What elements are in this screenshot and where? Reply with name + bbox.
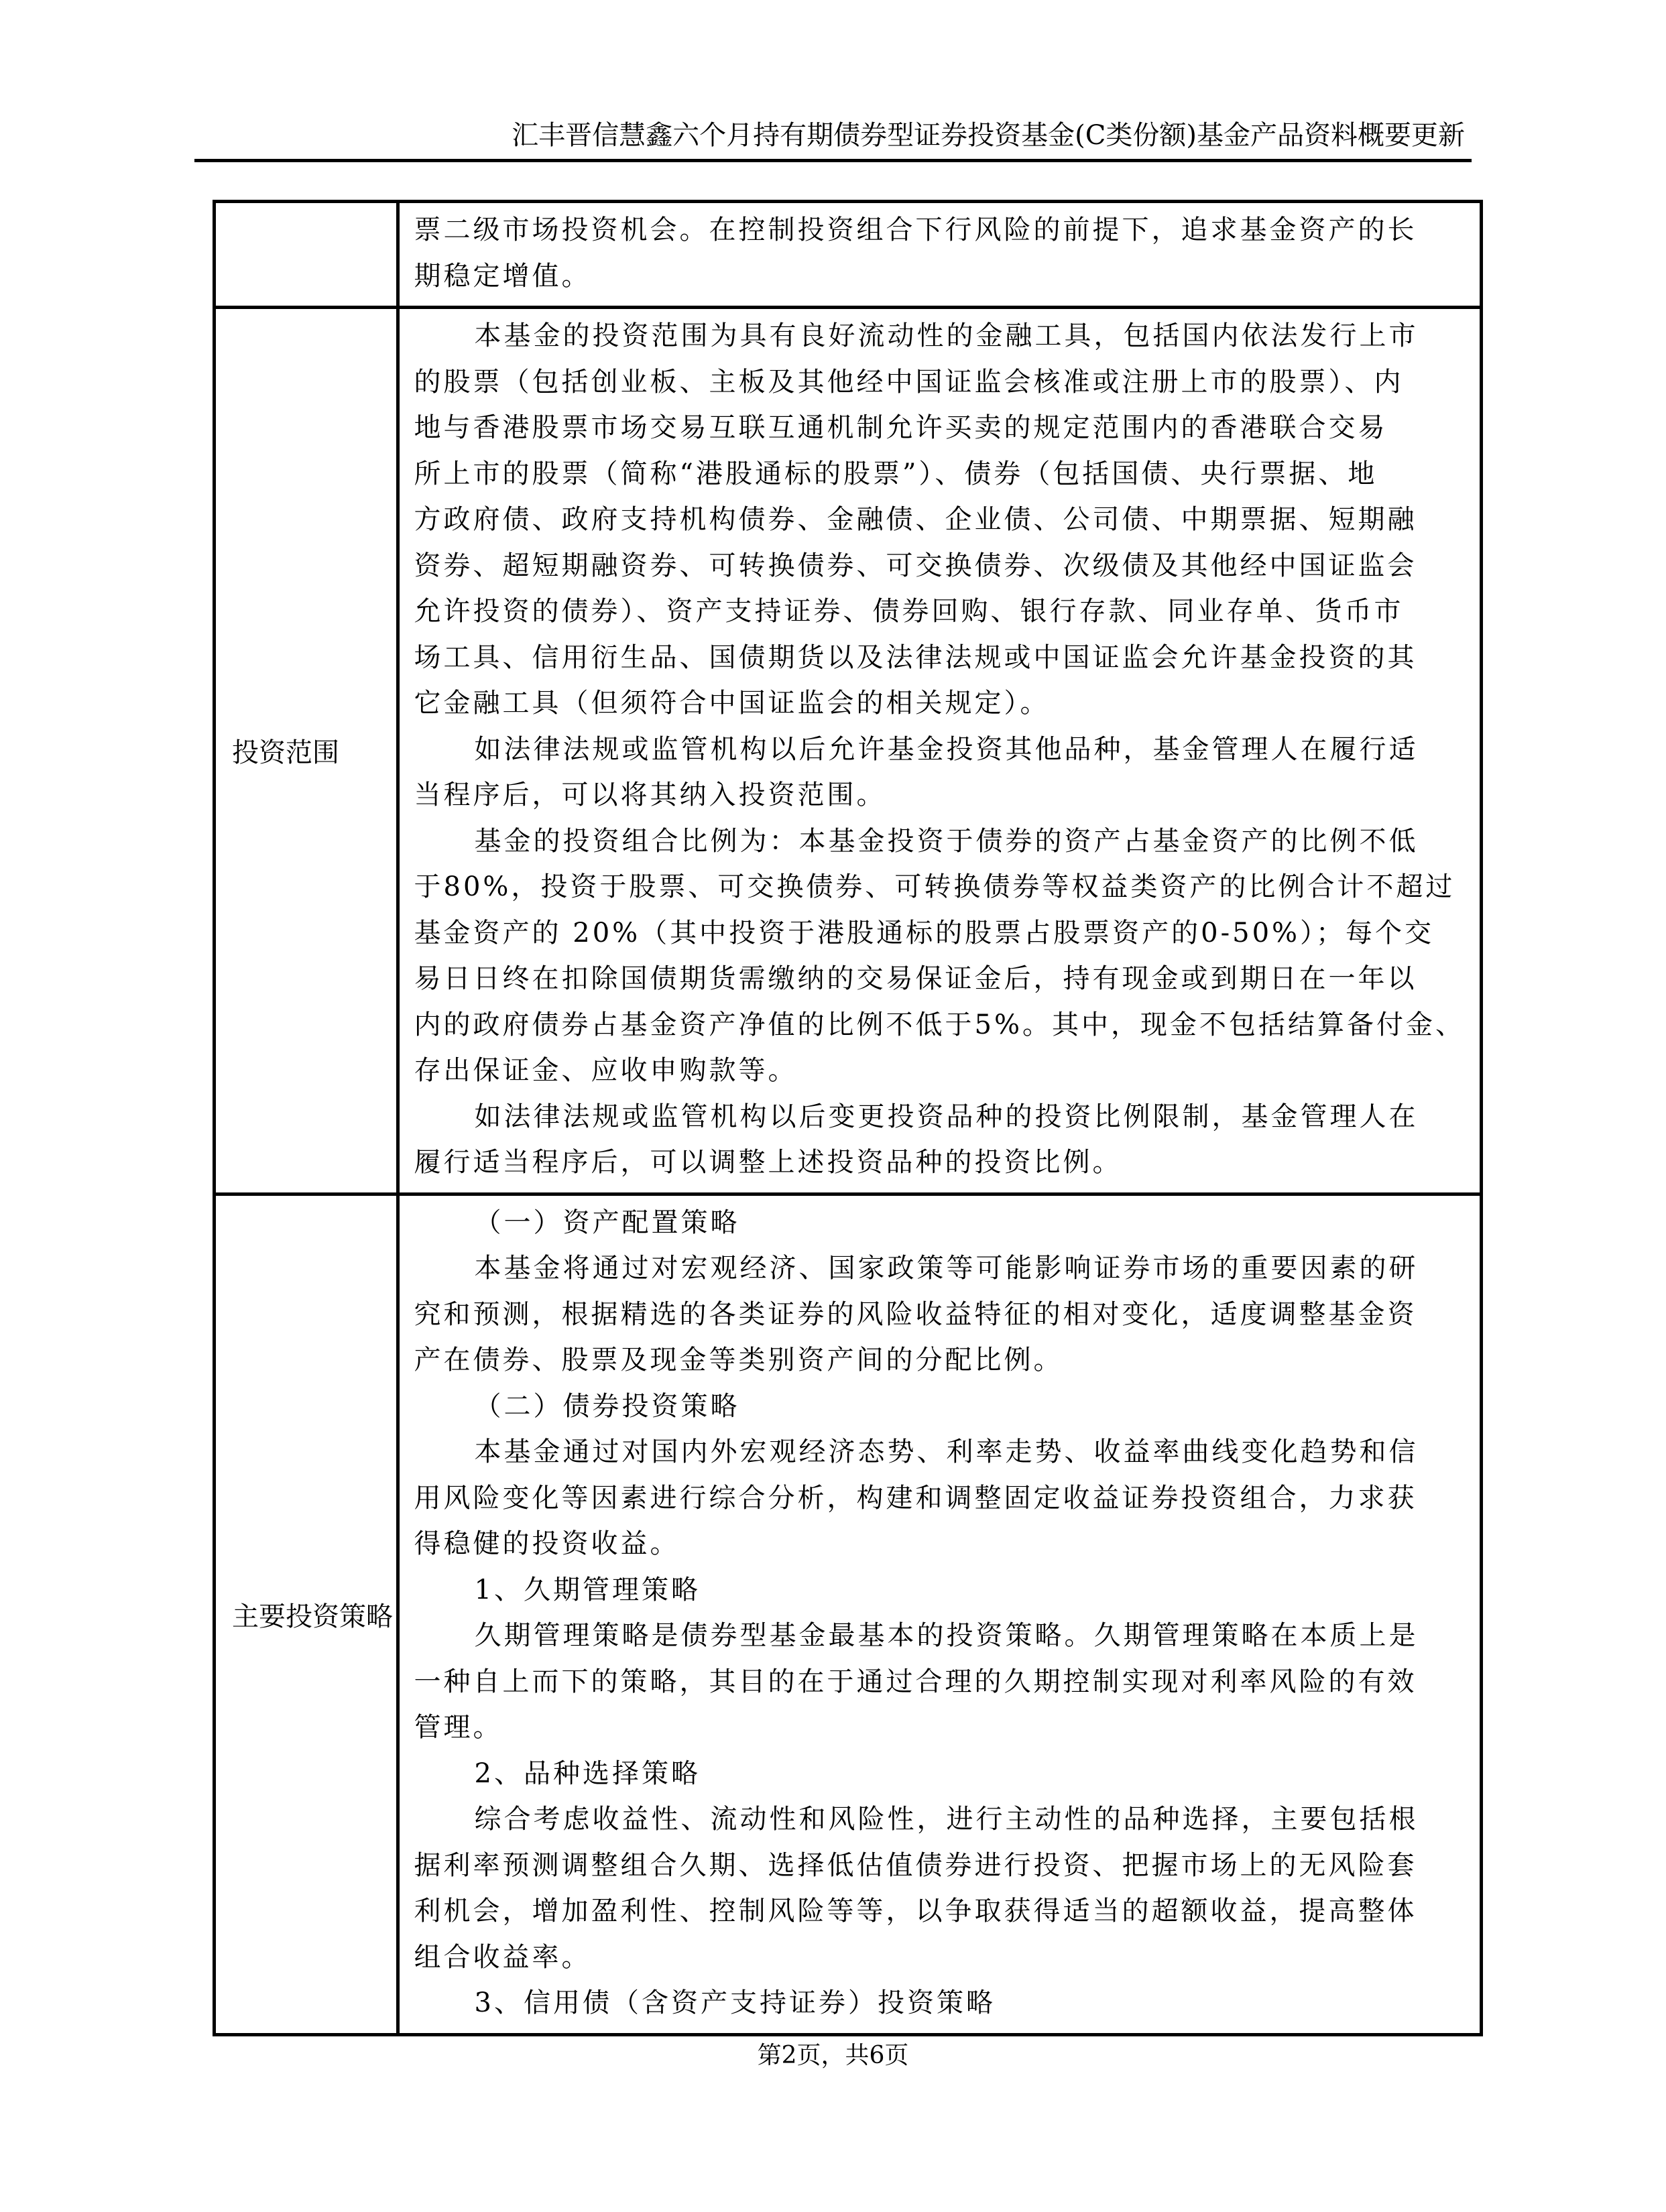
page-number: 第2页，共6页 bbox=[0, 2036, 1666, 2071]
text-line: 当程序后，可以将其纳入投资范围。 bbox=[414, 772, 1465, 818]
fund-info-table: 票二级市场投资机会。在控制投资组合下行风险的前提下，追求基金资产的长期稳定增值。… bbox=[213, 200, 1483, 2036]
text-line: 利机会，增加盈利性、控制风险等等，以争取获得适当的超额收益，提高整体 bbox=[414, 1888, 1465, 1934]
text-line: 内的政府债券占基金资产净值的比例不低于5%。其中，现金不包括结算备付金、 bbox=[414, 1002, 1465, 1048]
text-line: 基金的投资组合比例为：本基金投资于债券的资产占基金资产的比例不低 bbox=[414, 818, 1465, 865]
text-line: 易日日终在扣除国债期货需缴纳的交易保证金后，持有现金或到期日在一年以 bbox=[414, 956, 1465, 1002]
text-line: 用风险变化等因素进行综合分析，构建和调整固定收益证券投资组合，力求获 bbox=[414, 1475, 1465, 1522]
text-line: 如法律法规或监管机构以后允许基金投资其他品种，基金管理人在履行适 bbox=[414, 727, 1465, 773]
text-line: 产在债券、股票及现金等类别资产间的分配比例。 bbox=[414, 1337, 1465, 1384]
text-line: 究和预测，根据精选的各类证券的风险收益特征的相对变化，适度调整基金资 bbox=[414, 1292, 1465, 1338]
text-line: 票二级市场投资机会。在控制投资组合下行风险的前提下，追求基金资产的长 bbox=[414, 207, 1465, 253]
table-row-main-strategy: 主要投资策略 （一）资产配置策略本基金将通过对宏观经济、国家政策等可能影响证券市… bbox=[215, 1194, 1482, 2034]
text-line: 方政府债、政府支持机构债券、金融债、企业债、公司债、中期票据、短期融 bbox=[414, 497, 1465, 543]
table-row-investment-scope: 投资范围 本基金的投资范围为具有良好流动性的金融工具，包括国内依法发行上市的股票… bbox=[215, 308, 1482, 1194]
text-line: 本基金将通过对宏观经济、国家政策等可能影响证券市场的重要因素的研 bbox=[414, 1245, 1465, 1292]
text-line: 一种自上而下的策略，其目的在于通过合理的久期控制实现对利率风险的有效 bbox=[414, 1659, 1465, 1705]
text-line: 履行适当程序后，可以调整上述投资品种的投资比例。 bbox=[414, 1140, 1465, 1186]
table-row-objective-continued: 票二级市场投资机会。在控制投资组合下行风险的前提下，追求基金资产的长期稳定增值。 bbox=[215, 202, 1482, 308]
header-divider bbox=[194, 159, 1472, 162]
document-header-title: 汇丰晋信慧鑫六个月持有期债券型证券投资基金(C类份额)基金产品资料概要更新 bbox=[512, 114, 1465, 152]
row-label: 主要投资策略 bbox=[215, 1194, 398, 2034]
text-line: 如法律法规或监管机构以后变更投资品种的投资比例限制，基金管理人在 bbox=[414, 1094, 1465, 1140]
text-line: 得稳健的投资收益。 bbox=[414, 1521, 1465, 1567]
text-line: 所上市的股票（简称“港股通标的股票”）、债券（包括国债、央行票据、地 bbox=[414, 451, 1465, 497]
text-line: 于80%，投资于股票、可交换债券、可转换债券等权益类资产的比例合计不超过 bbox=[414, 864, 1465, 910]
text-line: 地与香港股票市场交易互联互通机制允许买卖的规定范围内的香港联合交易 bbox=[414, 405, 1465, 451]
text-line: 3、信用债（含资产支持证券）投资策略 bbox=[414, 1980, 1465, 2026]
text-line: 本基金的投资范围为具有良好流动性的金融工具，包括国内依法发行上市 bbox=[414, 313, 1465, 359]
text-line: 期稳定增值。 bbox=[414, 253, 1465, 300]
text-line: 资券、超短期融资券、可转换债券、可交换债券、次级债及其他经中国证监会 bbox=[414, 543, 1465, 589]
text-line: 允许投资的债券）、资产支持证券、债券回购、银行存款、同业存单、货币市 bbox=[414, 589, 1465, 635]
text-line: 管理。 bbox=[414, 1705, 1465, 1751]
row-label: 投资范围 bbox=[215, 308, 398, 1194]
text-line: 组合收益率。 bbox=[414, 1934, 1465, 1981]
text-line: 的股票（包括创业板、主板及其他经中国证监会核准或注册上市的股票）、内 bbox=[414, 359, 1465, 406]
text-line: 基金资产的 20%（其中投资于港股通标的股票占股票资产的0-50%）；每个交 bbox=[414, 910, 1465, 957]
row-content: 本基金的投资范围为具有良好流动性的金融工具，包括国内依法发行上市的股票（包括创业… bbox=[398, 308, 1481, 1194]
text-line: （一）资产配置策略 bbox=[414, 1200, 1465, 1246]
text-line: 久期管理策略是债券型基金最基本的投资策略。久期管理策略在本质上是 bbox=[414, 1613, 1465, 1659]
row-content: （一）资产配置策略本基金将通过对宏观经济、国家政策等可能影响证券市场的重要因素的… bbox=[398, 1194, 1481, 2034]
text-line: 综合考虑收益性、流动性和风险性，进行主动性的品种选择，主要包括根 bbox=[414, 1796, 1465, 1843]
text-line: 本基金通过对国内外宏观经济态势、利率走势、收益率曲线变化趋势和信 bbox=[414, 1429, 1465, 1475]
text-line: 1、久期管理策略 bbox=[414, 1567, 1465, 1613]
text-line: 存出保证金、应收申购款等。 bbox=[414, 1048, 1465, 1094]
row-content: 票二级市场投资机会。在控制投资组合下行风险的前提下，追求基金资产的长期稳定增值。 bbox=[398, 202, 1481, 308]
text-line: 据利率预测调整组合久期、选择低估值债券进行投资、把握市场上的无风险套 bbox=[414, 1843, 1465, 1889]
text-line: 它金融工具（但须符合中国证监会的相关规定）。 bbox=[414, 680, 1465, 727]
text-line: 2、品种选择策略 bbox=[414, 1751, 1465, 1797]
text-line: （二）债券投资策略 bbox=[414, 1384, 1465, 1430]
row-label bbox=[215, 202, 398, 308]
text-line: 场工具、信用衍生品、国债期货以及法律法规或中国证监会允许基金投资的其 bbox=[414, 635, 1465, 681]
